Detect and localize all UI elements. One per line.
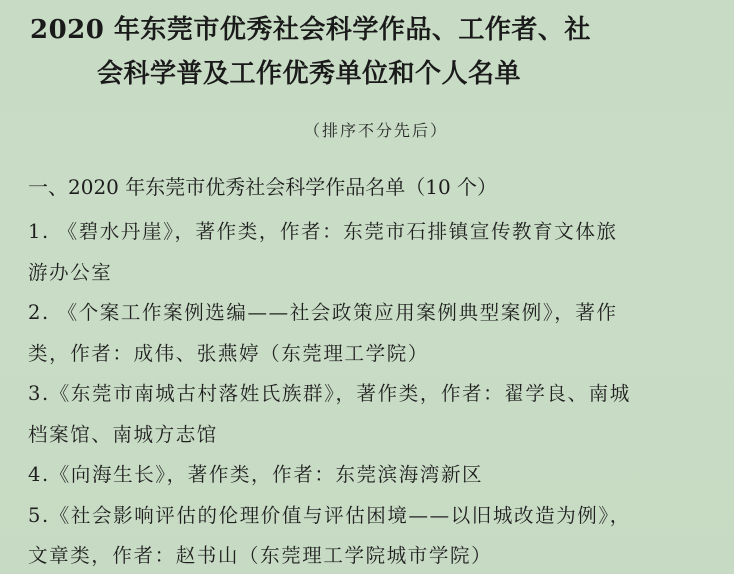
list-item-4-line-1: 4.《向海生长》，著作类，作者：东莞滨海湾新区	[28, 455, 678, 496]
subtitle-ordering-note: （排序不分先后）	[0, 118, 734, 141]
list-item-5-line-2: 文章类，作者：赵书山（东莞理工学院城市学院）	[28, 536, 678, 574]
list-item-5-line-1: 5.《社会影响评估的伦理价值与评估困境——以旧城改造为例》，	[28, 496, 678, 537]
list-item-1-line-2: 游办公室	[28, 253, 678, 294]
award-list: 1. 《碧水丹崖》，著作类，作者：东莞市石排镇宣传教育文体旅 游办公室 2. 《…	[28, 212, 678, 574]
document-title: 2020 年东莞市优秀社会科学作品、工作者、社 会科学普及工作优秀单位和个人名单	[30, 8, 670, 96]
scanned-document-page: 2020 年东莞市优秀社会科学作品、工作者、社 会科学普及工作优秀单位和个人名单…	[0, 0, 734, 574]
section-heading: 一、2020 年东莞市优秀社会科学作品名单（10 个）	[28, 172, 497, 202]
list-item-3-line-1: 3.《东莞市南城古村落姓氏族群》，著作类，作者：翟学良、南城	[28, 374, 678, 415]
list-item-2-line-2: 类，作者：成伟、张燕婷（东莞理工学院）	[28, 334, 678, 375]
list-item-3-line-2: 档案馆、南城方志馆	[28, 415, 678, 456]
subtitle-text: （排序不分先后）	[304, 121, 448, 140]
list-item-1-line-1: 1. 《碧水丹崖》，著作类，作者：东莞市石排镇宣传教育文体旅	[28, 212, 678, 253]
list-item-2-line-1: 2. 《个案工作案例选编——社会政策应用案例典型案例》，著作	[28, 293, 678, 334]
title-line-2: 会科学普及工作优秀单位和个人名单	[30, 52, 670, 96]
title-line-1: 2020 年东莞市优秀社会科学作品、工作者、社	[30, 8, 670, 52]
